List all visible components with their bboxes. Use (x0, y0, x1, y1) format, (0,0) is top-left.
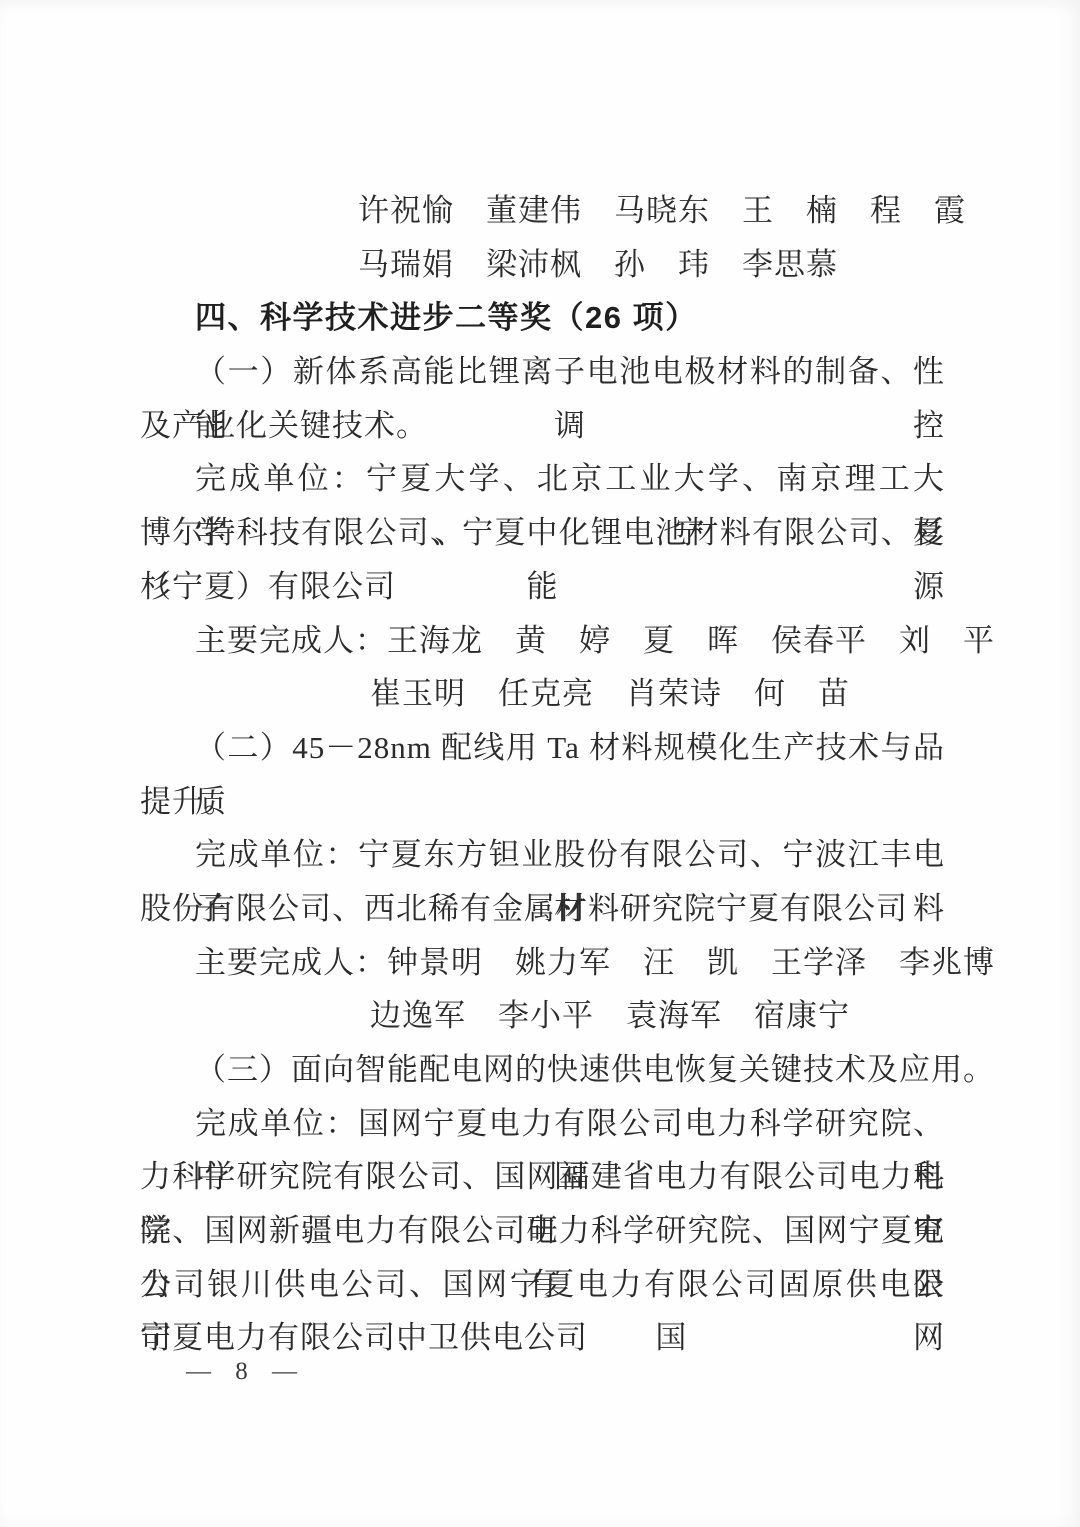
project3-orgs-line: 院、国网新疆电力有限公司电力科学研究院、国网宁夏电力有限 (140, 1204, 945, 1258)
project1-orgs-line: 完成单位：宁夏大学、北京工业大学、南京理工大学、宁夏 (140, 452, 945, 506)
project3-orgs-line: 力科学研究院有限公司、国网福建省电力有限公司电力科学研究 (140, 1150, 945, 1204)
page-number: — 8 — (186, 1352, 306, 1392)
project2-title-line: （二）45－28nm 配线用 Ta 材料规模化生产技术与品质 (140, 721, 945, 775)
project1-title-line: （一）新体系高能比锂离子电池电极材料的制备、性能调控 (140, 345, 945, 399)
winner-names-line: 马瑞娟 梁沛枫 孙 玮 李思慕 (140, 238, 945, 292)
project1-people-line: 主要完成人：王海龙 黄 婷 夏 晖 侯春平 刘 平 (140, 614, 945, 668)
project1-people-line: 崔玉明 任克亮 肖荣诗 何 苗 (140, 667, 945, 721)
project2-people-line: 主要完成人：钟景明 姚力军 汪 凯 王学泽 李兆博 (140, 936, 945, 990)
project2-orgs-line: 完成单位：宁夏东方钽业股份有限公司、宁波江丰电子材料 (140, 828, 945, 882)
project1-orgs-line: 博尔特科技有限公司、宁夏中化锂电池材料有限公司、杉杉能源 (140, 506, 945, 560)
project2-orgs-line: 股份有限公司、西北稀有金属材料研究院宁夏有限公司 (140, 882, 945, 936)
document-page: 许祝愉 董建伟 马晓东 王 楠 程 霞 马瑞娟 梁沛枫 孙 玮 李思慕 四、科学… (0, 0, 1080, 1527)
section-heading: 四、科学技术进步二等奖（26 项） (140, 291, 945, 345)
project3-orgs-line: 公司银川供电公司、国网宁夏电力有限公司固原供电公司、国网 (140, 1258, 945, 1312)
project2-title-line: 提升。 (140, 775, 945, 829)
project3-title-line: （三）面向智能配电网的快速供电恢复关键技术及应用。 (140, 1043, 945, 1097)
project3-orgs-line: 完成单位：国网宁夏电力有限公司电力科学研究院、中国电 (140, 1097, 945, 1151)
winner-names-line: 许祝愉 董建伟 马晓东 王 楠 程 霞 (140, 184, 945, 238)
project2-people-line: 边逸军 李小平 袁海军 宿康宁 (140, 989, 945, 1043)
